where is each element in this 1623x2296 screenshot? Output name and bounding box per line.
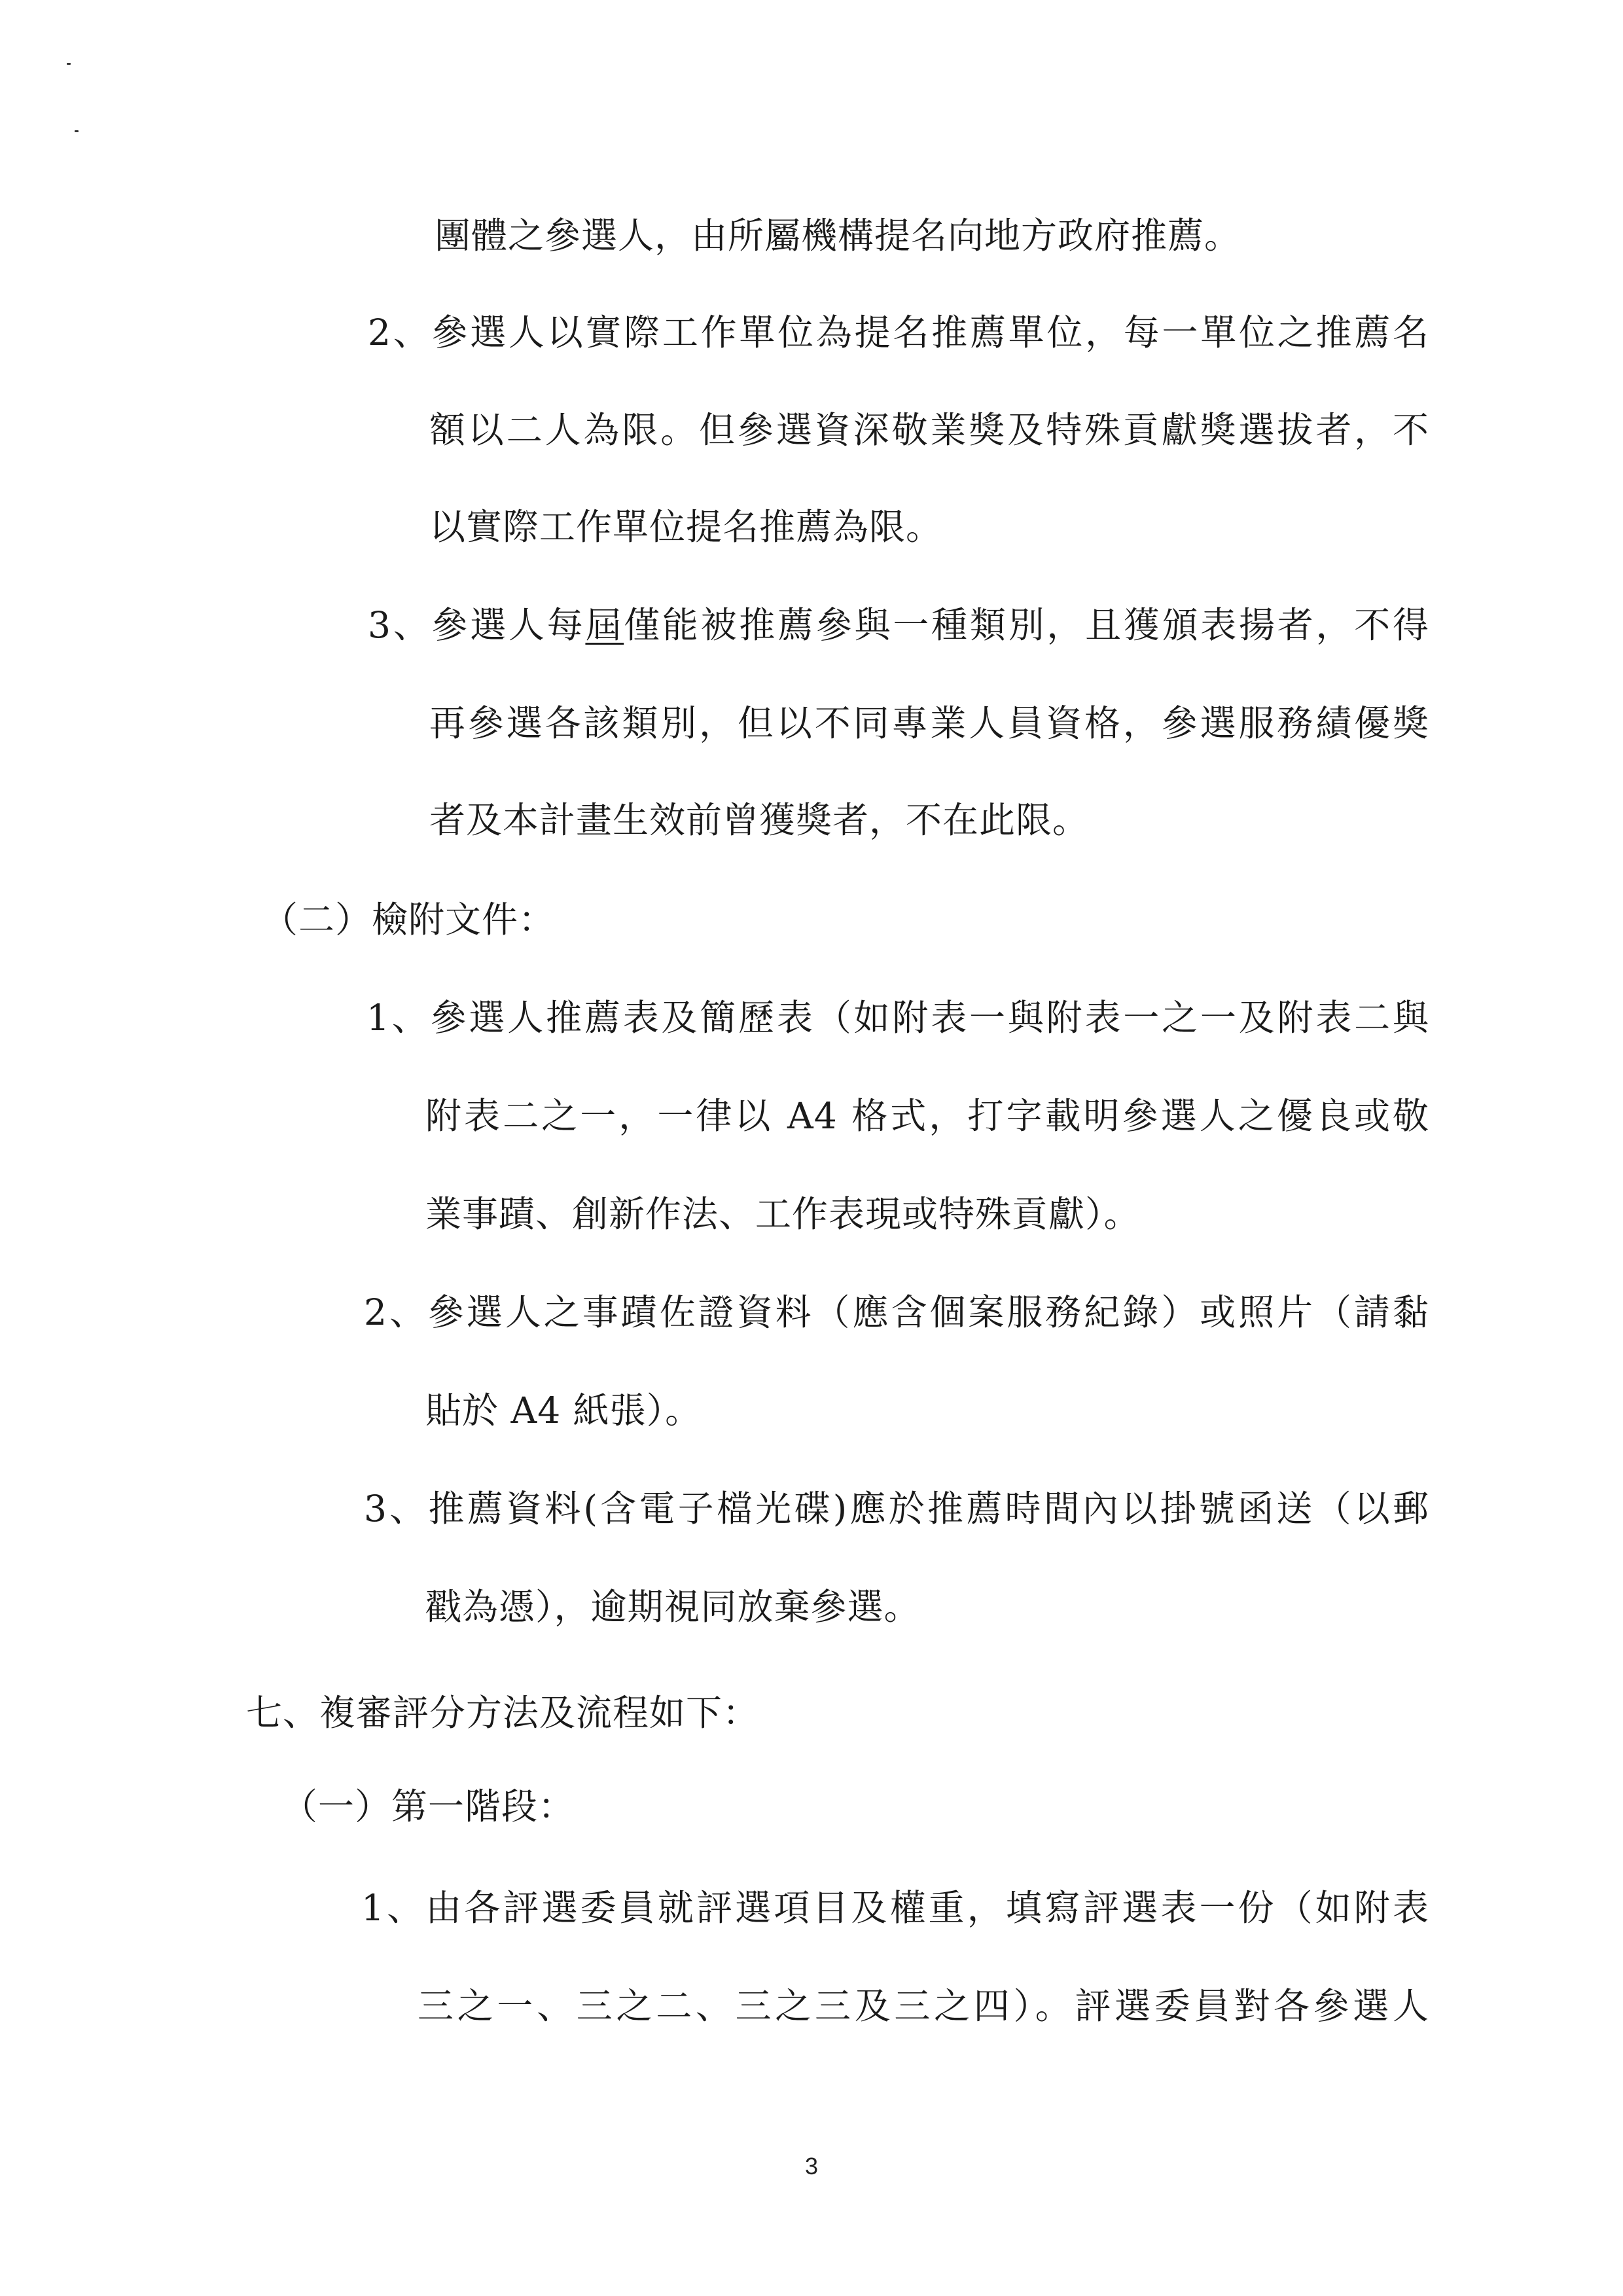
section-heading-stage-one: （一）第一階段： <box>281 1787 575 1826</box>
underlined-text: 屆 <box>585 604 624 646</box>
paragraph-line: 戳為憑），逾期視同放棄參選。 <box>425 1587 921 1626</box>
page-number: 3 <box>805 2153 818 2179</box>
text-segment: 3、參選人每 <box>368 604 585 646</box>
list-item-1-line: 1、由各評選委員就評選項目及權重，填寫評選表一份（如附表 <box>361 1888 1429 1928</box>
paragraph-line: 三之一、三之二、三之三及三之四）。評選委員對各參選人 <box>418 1986 1429 2026</box>
scan-speck <box>75 130 79 132</box>
list-item-2-line: 2、參選人以實際工作單位為提名推薦單位，每一單位之推薦名 <box>368 313 1429 352</box>
paragraph-line: 者及本計畫生效前曾獲獎者，不在此限。 <box>429 800 1089 840</box>
section-heading-attachments: （二）檢附文件： <box>262 900 555 939</box>
list-item-3-line: 3、推薦資料(含電子檔光碟)應於推薦時間內以掛號函送（以郵 <box>364 1489 1429 1528</box>
paragraph-line: 業事蹟、創新作法、工作表現或特殊貢獻）。 <box>425 1194 1141 1234</box>
paragraph-line: 團體之參選人，由所屬機構提名向地方政府推薦。 <box>435 216 1241 255</box>
section-heading-review-method: 七、複審評分方法及流程如下： <box>246 1693 759 1732</box>
paragraph-line: 額以二人為限。但參選資深敬業獎及特殊貢獻獎選拔者，不 <box>429 410 1429 450</box>
paragraph-line: 貼於 A4 紙張）。 <box>425 1391 702 1430</box>
paragraph-line: 再參選各該類別，但以不同專業人員資格，參選服務績優獎 <box>429 704 1429 743</box>
list-item-2-line: 2、參選人之事蹟佐證資料（應含個案服務紀錄）或照片（請黏 <box>364 1293 1429 1332</box>
scan-speck <box>67 63 71 65</box>
paragraph-line: 附表二之一，一律以 A4 格式，打字載明參選人之優良或敬 <box>425 1096 1429 1136</box>
document-page: 團體之參選人，由所屬機構提名向地方政府推薦。 2、參選人以實際工作單位為提名推薦… <box>0 0 1623 2296</box>
list-item-3-line: 3、參選人每屆僅能被推薦參與一種類別，且獲頒表揚者，不得 <box>368 605 1429 645</box>
text-segment: 僅能被推薦參與一種類別，且獲頒表揚者，不得 <box>624 604 1429 646</box>
paragraph-line: 以實際工作單位提名推薦為限。 <box>429 507 942 547</box>
list-item-1-line: 1、參選人推薦表及簡歷表（如附表一與附表一之一及附表二與 <box>366 998 1429 1037</box>
